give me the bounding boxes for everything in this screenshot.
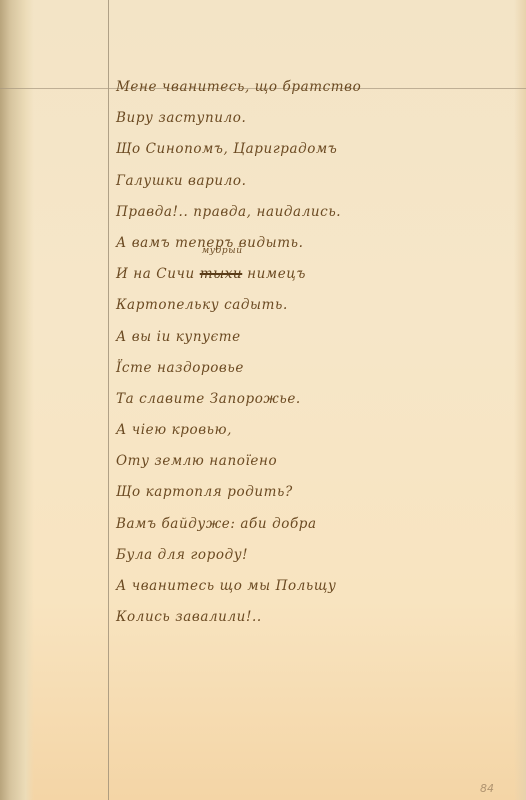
poem-line: Галушки варило. (116, 166, 516, 197)
struck-word: тыхи (200, 266, 243, 282)
poem-line: Та славите Запорожье. (116, 384, 516, 415)
poem-line: Виру заступило. (116, 103, 516, 134)
line-text-after: нимецъ (242, 266, 306, 282)
poem-text: Мене чванитесь, що братство Виру заступи… (116, 72, 516, 633)
binding-shadow (0, 0, 34, 800)
margin-rule (108, 0, 109, 800)
poem-line: Що Синопомъ, Цариградомъ (116, 134, 516, 165)
poem-line: Мене чванитесь, що братство (116, 72, 516, 103)
line-text-before: И на Сичи (116, 266, 200, 282)
poem-line: А чіею кровью, (116, 415, 516, 446)
poem-line: А вамъ теперъ видыть. (116, 228, 516, 259)
inserted-word: мудрый (202, 245, 243, 257)
correction: мудрыйтыхи (200, 259, 243, 290)
poem-line: Картопельку садыть. (116, 290, 516, 321)
poem-line: Вамъ байдуже: аби добра (116, 509, 516, 540)
poem-line: А вы іи купуєте (116, 322, 516, 353)
page-number: 84 (480, 782, 494, 795)
poem-line-with-correction: И на Сичи мудрыйтыхи нимецъ (116, 259, 516, 290)
poem-line: Колись завалили!.. (116, 602, 516, 633)
poem-line: Їсте наздоровье (116, 353, 516, 384)
poem-line: Була для городу! (116, 540, 516, 571)
poem-line: А чванитесь що мы Польщу (116, 571, 516, 602)
poem-line: Оту землю напоїено (116, 446, 516, 477)
manuscript-page: Мене чванитесь, що братство Виру заступи… (0, 0, 526, 800)
poem-line: Що картопля родить? (116, 477, 516, 508)
poem-line: Правда!.. правда, наидались. (116, 197, 516, 228)
